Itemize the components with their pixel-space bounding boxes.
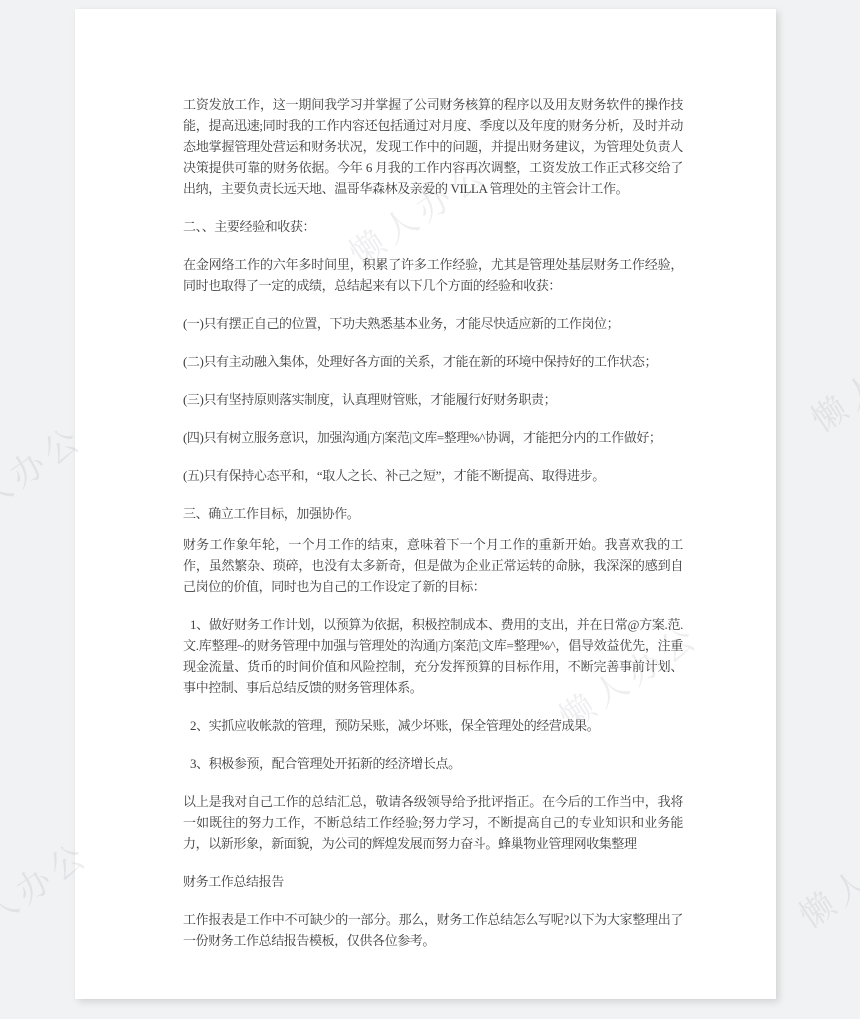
goal-item-3: 3、积极参预，配合管理处开拓新的经济增长点。 [183, 753, 683, 774]
section-heading-goals: 三、确立工作目标，加强协作。 [183, 503, 683, 524]
paragraph-salary-work: 工资发放工作，这一期间我学习并掌握了公司财务核算的程序以及用友财务软件的操作技能… [183, 94, 683, 199]
goal-item-1: 1、做好财务工作计划，以预算为依据，积极控制成本、费用的支出，并在日常@方案.范… [183, 614, 683, 698]
watermark: 懒人办公 [800, 311, 860, 441]
list-item-1: (一)只有摆正自己的位置，下功夫熟悉基本业务，才能尽快适应新的工作岗位； [183, 313, 683, 334]
list-item-5: (五)只有保持心态平和，“取人之长、补己之短”，才能不断提高、取得进步。 [183, 465, 683, 486]
paragraph-goals-intro: 财务工作象年轮，一个月工作的结束，意味着下一个月工作的重新开始。我喜欢我的工作，… [183, 534, 683, 597]
list-item-4: (四)只有树立服务意识，加强沟通|方|案范|文库=整理%^协调，才能把分内的工作… [183, 427, 683, 448]
section-heading-experience: 二、、主要经验和收获： [183, 216, 683, 237]
paragraph-report-intro: 工作报表是工作中不可缺少的一部分。那么，财务工作总结怎么写呢?以下为大家整理出了… [183, 909, 683, 951]
document-content: 工资发放工作，这一期间我学习并掌握了公司财务核算的程序以及用友财务软件的操作技能… [183, 94, 683, 968]
goal-item-2: 2、实抓应收帐款的管理，预防呆账，减少坏账，保全管理处的经营成果。 [183, 715, 683, 736]
paragraph-closing: 以上是我对自己工作的总结汇总，敬请各级领导给予批评指正。在今后的工作当中，我将一… [183, 791, 683, 854]
watermark: 懒人办公 [788, 807, 860, 937]
document-page: 工资发放工作，这一期间我学习并掌握了公司财务核算的程序以及用友财务软件的操作技能… [75, 9, 776, 999]
doc-title-report: 财务工作总结报告 [183, 871, 683, 892]
paragraph-experience-intro: 在金网络工作的六年多时间里，积累了许多工作经验，尤其是管理处基层财务工作经验，同… [183, 254, 683, 296]
list-item-2: (二)只有主动融入集体，处理好各方面的关系，才能在新的环境中保持好的工作状态； [183, 351, 683, 372]
list-item-3: (三)只有坚持原则落实制度，认真理财管账，才能履行好财务职责； [183, 389, 683, 410]
